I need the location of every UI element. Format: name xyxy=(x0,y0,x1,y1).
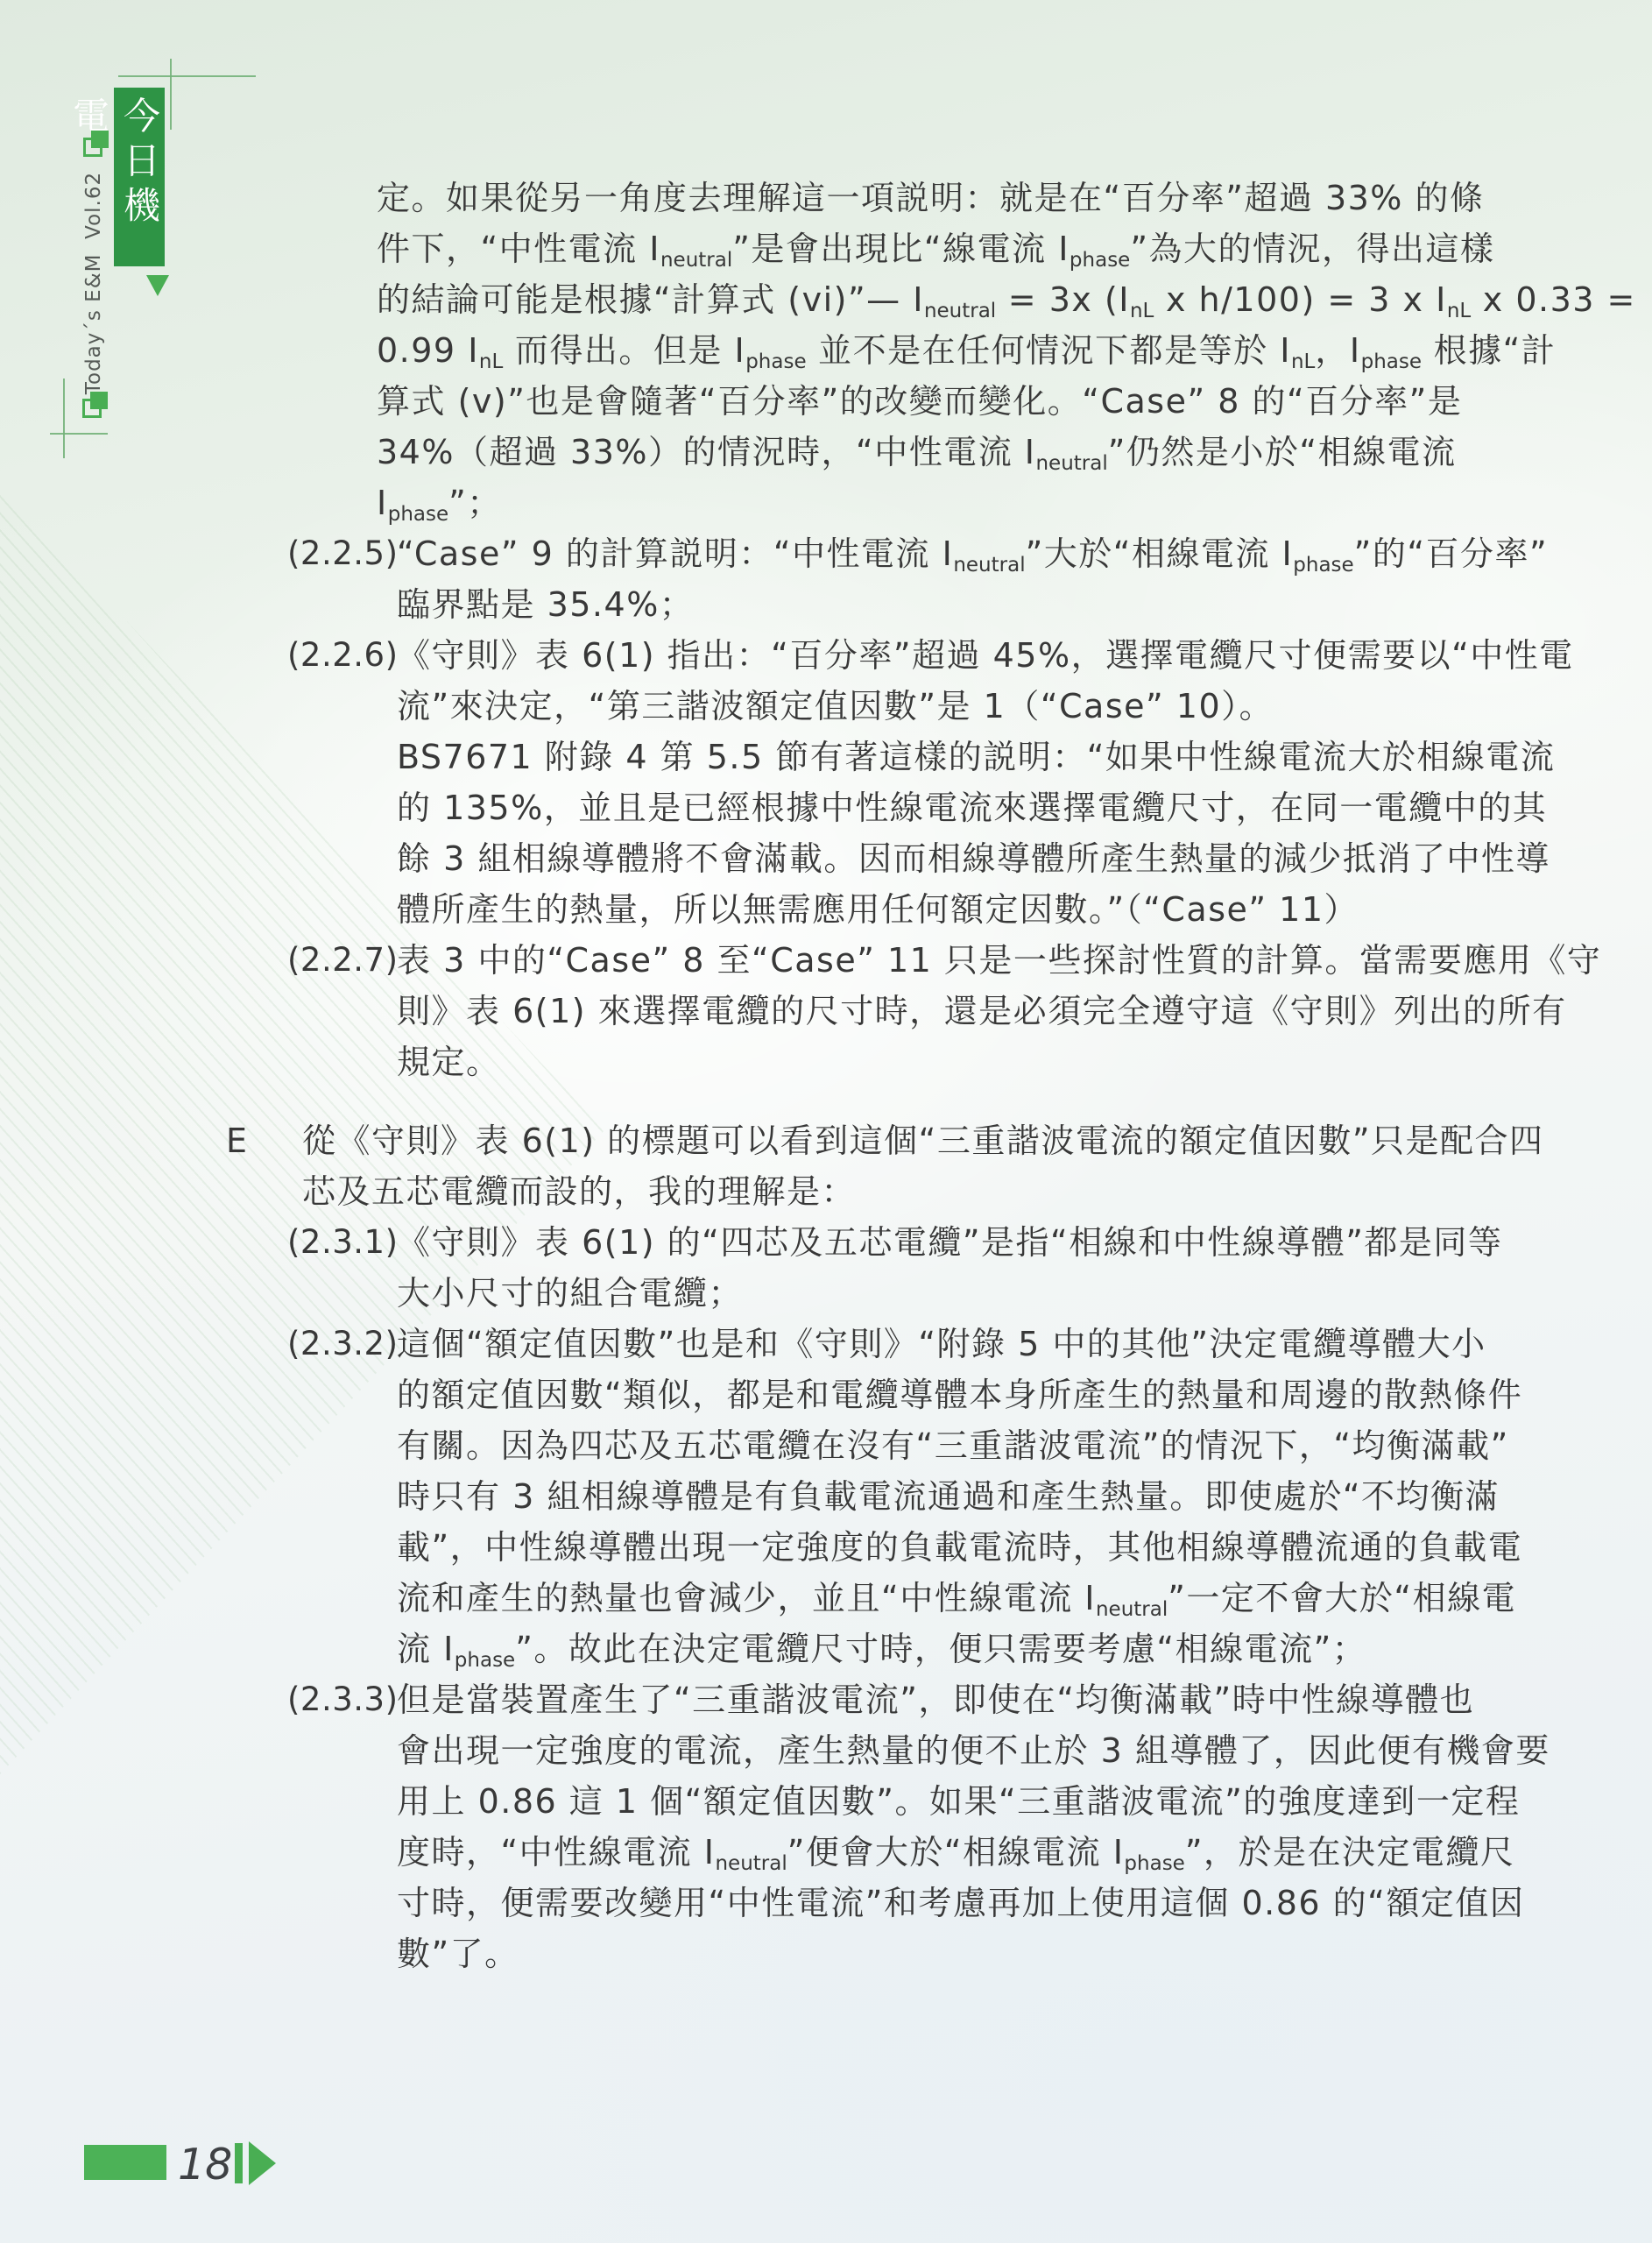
section-2-2-5: (2.2.5) “Case” 9 的計算説明：“中性電流 Ineutral”大於… xyxy=(0,528,1652,630)
page-number: 18 xyxy=(178,2143,232,2186)
paragraph: 這個“額定值因數”也是和《守則》“附錄 5 中的其他”決定電纜導體大小的額定值因… xyxy=(397,1319,1652,1674)
text-line: 數”了。 xyxy=(397,1928,1652,1979)
footer-green-bar xyxy=(84,2145,166,2180)
item-label: (2.2.5) xyxy=(287,528,399,579)
text-line: 從《守則》表 6(1) 的標題可以看到這個“三重諧波電流的額定值因數”只是配合四 xyxy=(302,1115,1652,1166)
text-line: 會出現一定強度的電流，產生熱量的便不止於 3 組導體了，因此便有機會要 xyxy=(397,1725,1652,1776)
text-line: 0.99 InL 而得出。但是 Iphase 並不是在任何情況下都是等於 InL… xyxy=(377,325,1652,376)
item-label: (2.2.7) xyxy=(287,935,399,986)
paragraph: 表 3 中的“Case” 8 至“Case” 11 只是一些探討性質的計算。當需… xyxy=(397,935,1652,1087)
item-label: (2.2.6) xyxy=(287,630,399,681)
text-line: 件下，“中性電流 Ineutral”是會出現比“線電流 Iphase”為大的情況… xyxy=(377,223,1652,274)
text-line: 餘 3 組相線導體將不會滿載。因而相線導體所產生熱量的減少抵消了中性導 xyxy=(397,833,1652,884)
article-body: 定。如果從另一角度去理解這一項説明：就是在“百分率”超過 33% 的條件下，“中… xyxy=(0,173,1652,1979)
paragraph: 《守則》表 6(1) 的“四芯及五芯電纜”是指“相線和中性線導體”都是同等大小尺… xyxy=(397,1217,1652,1319)
magazine-page: 今日機電 Today´s E&M Vol.62 定。如果從另一角度去理解這一項説… xyxy=(0,0,1652,2243)
text-line: 時只有 3 組相線導體是有負載電流通過和產生熱量。即使處於“不均衡滿 xyxy=(397,1471,1652,1522)
section-2-2-7: (2.2.7) 表 3 中的“Case” 8 至“Case” 11 只是一些探討… xyxy=(0,935,1652,1087)
paragraph: “Case” 9 的計算説明：“中性電流 Ineutral”大於“相線電流 Ip… xyxy=(397,528,1652,630)
text-line: 34%（超過 33%）的情況時，“中性電流 Ineutral”仍然是小於“相線電… xyxy=(377,427,1652,478)
text-line: 芯及五芯電纜而設的，我的理解是： xyxy=(302,1166,1652,1217)
text-line: 《守則》表 6(1) 指出：“百分率”超過 45%，選擇電纜尺寸便需要以“中性電 xyxy=(397,630,1652,681)
section-2-2-6: (2.2.6) 《守則》表 6(1) 指出：“百分率”超過 45%，選擇電纜尺寸… xyxy=(0,630,1652,935)
text-line: BS7671 附錄 4 第 5.5 節有著這樣的説明：“如果中性線電流大於相線電… xyxy=(397,732,1652,782)
text-line: 算式 (v)”也是會隨著“百分率”的改變而變化。“Case” 8 的“百分率”是 xyxy=(377,376,1652,427)
text-line: 流和產生的熱量也會減少，並且“中性線電流 Ineutral”一定不會大於“相線電 xyxy=(397,1573,1652,1624)
text-line: 載”，中性線導體出現一定強度的負載電流時，其他相線導體流通的負載電 xyxy=(397,1522,1652,1573)
item-label: (2.3.3) xyxy=(287,1674,399,1725)
text-line: 用上 0.86 這 1 個“額定值因數”。如果“三重諧波電流”的強度達到一定程 xyxy=(397,1776,1652,1827)
crosshair-line-top-vertical xyxy=(170,59,172,130)
paragraph: 《守則》表 6(1) 指出：“百分率”超過 45%，選擇電纜尺寸便需要以“中性電… xyxy=(397,630,1652,935)
triangle-right-icon xyxy=(249,2141,276,2185)
item-label: E xyxy=(226,1115,248,1166)
text-line: “Case” 9 的計算説明：“中性電流 Ineutral”大於“相線電流 Ip… xyxy=(397,528,1652,579)
footer-accent-bar xyxy=(235,2143,243,2183)
text-line: 則》表 6(1) 來選擇電纜的尺寸時，還是必須完全遵守這《守則》列出的所有 xyxy=(397,986,1652,1037)
text-line: 但是當裝置產生了“三重諧波電流”，即使在“均衡滿載”時中性線導體也 xyxy=(397,1674,1652,1725)
section-2-3-1: (2.3.1) 《守則》表 6(1) 的“四芯及五芯電纜”是指“相線和中性線導體… xyxy=(0,1217,1652,1319)
text-line: 《守則》表 6(1) 的“四芯及五芯電纜”是指“相線和中性線導體”都是同等 xyxy=(397,1217,1652,1268)
text-line: 這個“額定值因數”也是和《守則》“附錄 5 中的其他”決定電纜導體大小 xyxy=(397,1319,1652,1369)
paragraph: 但是當裝置產生了“三重諧波電流”，即使在“均衡滿載”時中性線導體也會出現一定強度… xyxy=(397,1674,1652,1979)
text-line: 規定。 xyxy=(397,1037,1652,1087)
paragraph: 定。如果從另一角度去理解這一項説明：就是在“百分率”超過 33% 的條件下，“中… xyxy=(377,173,1652,528)
section-2-3-3: (2.3.3) 但是當裝置產生了“三重諧波電流”，即使在“均衡滿載”時中性線導體… xyxy=(0,1674,1652,1979)
section-e: E 從《守則》表 6(1) 的標題可以看到這個“三重諧波電流的額定值因數”只是配… xyxy=(0,1115,1652,1217)
text-line: 表 3 中的“Case” 8 至“Case” 11 只是一些探討性質的計算。當需… xyxy=(397,935,1652,986)
text-line: 流”來決定，“第三諧波額定值因數”是 1（“Case” 10）。 xyxy=(397,681,1652,732)
text-line: 的 135%，並且是已經根據中性線電流來選擇電纜尺寸，在同一電纜中的其 xyxy=(397,782,1652,833)
green-square-icon xyxy=(91,131,109,148)
section-2-3-2: (2.3.2) 這個“額定值因數”也是和《守則》“附錄 5 中的其他”決定電纜導… xyxy=(0,1319,1652,1674)
text-line: 度時，“中性線電流 Ineutral”便會大於“相線電流 Iphase”，於是在… xyxy=(397,1827,1652,1878)
text-line: 寸時，便需要改變用“中性電流”和考慮再加上使用這個 0.86 的“額定值因 xyxy=(397,1878,1652,1928)
text-line: 的結論可能是根據“計算式 (vi)”— Ineutral = 3x (InL x… xyxy=(377,274,1652,325)
text-line: 大小尺寸的組合電纜； xyxy=(397,1268,1652,1319)
text-line: 的額定值因數“類似，都是和電纜導體本身所產生的熱量和周邊的散熱條件 xyxy=(397,1369,1652,1420)
text-line: 臨界點是 35.4%； xyxy=(397,579,1652,630)
paragraph: 從《守則》表 6(1) 的標題可以看到這個“三重諧波電流的額定值因數”只是配合四… xyxy=(302,1115,1652,1217)
item-label: (2.3.1) xyxy=(287,1217,399,1268)
text-line: 流 Iphase”。故此在決定電纜尺寸時，便只需要考慮“相線電流”； xyxy=(397,1624,1652,1674)
text-line: 體所產生的熱量，所以無需應用任何額定因數。”（“Case” 11） xyxy=(397,884,1652,935)
text-line: Iphase”； xyxy=(377,478,1652,528)
section-d-continued: 定。如果從另一角度去理解這一項説明：就是在“百分率”超過 33% 的條件下，“中… xyxy=(0,173,1652,528)
item-label: (2.3.2) xyxy=(287,1319,399,1369)
crosshair-line-top-horizontal xyxy=(118,75,256,77)
text-line: 有關。因為四芯及五芯電纜在沒有“三重諧波電流”的情況下，“均衡滿載” xyxy=(397,1420,1652,1471)
text-line: 定。如果從另一角度去理解這一項説明：就是在“百分率”超過 33% 的條 xyxy=(377,173,1652,223)
